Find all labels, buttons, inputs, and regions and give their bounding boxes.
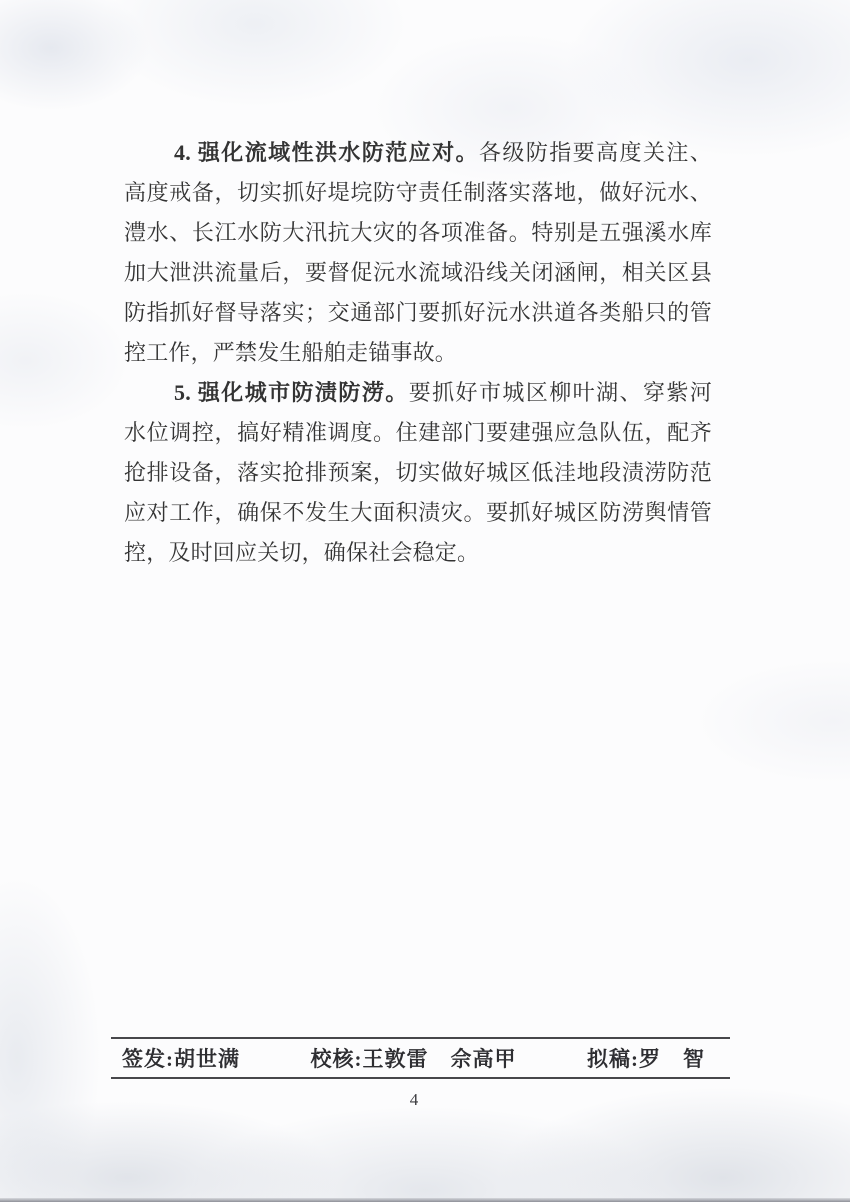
paragraph-4-line-2: 高度戒备，切实抓好堤垸防守责任制落实落地，做好沅水、 [124, 173, 712, 213]
paragraph-4-lead: 强化流域性洪水防范应对。 [198, 140, 479, 165]
signoff-footer: 签发:胡世满 校核:王敦雷 佘高甲 拟稿:罗 智 [111, 1037, 730, 1079]
page-number: 4 [0, 1090, 828, 1110]
proofreader-label: 校核:王敦雷 佘高甲 [311, 1043, 517, 1073]
paragraph-4-line-4: 加大泄洪流量后，要督促沅水流域沿线关闭涵闸，相关区县 [124, 253, 712, 293]
paragraph-4-line-1: 4. 强化流域性洪水防范应对。各级防指要高度关注、 [124, 133, 712, 173]
scanned-document-page: { "body": { "p4": { "num": "4.", "lead":… [0, 0, 850, 1202]
document-body: 4. 强化流域性洪水防范应对。各级防指要高度关注、 高度戒备，切实抓好堤垸防守责… [124, 133, 712, 573]
paragraph-5-lead: 强化城市防渍防涝。 [198, 380, 409, 405]
paragraph-5-number: 5. [174, 380, 191, 405]
paragraph-5-line-1: 5. 强化城市防渍防涝。要抓好市城区柳叶湖、穿紫河 [124, 373, 712, 413]
drafter-label: 拟稿:罗 智 [587, 1043, 705, 1073]
paragraph-5-line-2: 水位调控，搞好精准调度。住建部门要建强应急队伍，配齐 [124, 413, 712, 453]
paragraph-4-line-1-text: 各级防指要高度关注、 [479, 140, 712, 165]
paragraph-5-line-4: 应对工作，确保不发生大面积渍灾。要抓好城区防涝舆情管 [124, 493, 712, 533]
paragraph-4-number: 4. [174, 140, 191, 165]
paragraph-5-line-3: 抢排设备，落实抢排预案，切实做好城区低洼地段渍涝防范 [124, 453, 712, 493]
paragraph-5-line-1-text: 要抓好市城区柳叶湖、穿紫河 [409, 380, 712, 405]
issuer-label: 签发:胡世满 [122, 1043, 240, 1073]
paragraph-4-line-3: 澧水、长江水防大汛抗大灾的各项准备。特别是五强溪水库 [124, 213, 712, 253]
paragraph-4-line-6: 控工作，严禁发生船舶走锚事故。 [124, 333, 712, 373]
scan-bottom-edge [0, 1198, 850, 1202]
paragraph-5-line-5: 控，及时回应关切，确保社会稳定。 [124, 533, 712, 573]
paragraph-4-line-5: 防指抓好督导落实；交通部门要抓好沅水洪道各类船只的管 [124, 293, 712, 333]
